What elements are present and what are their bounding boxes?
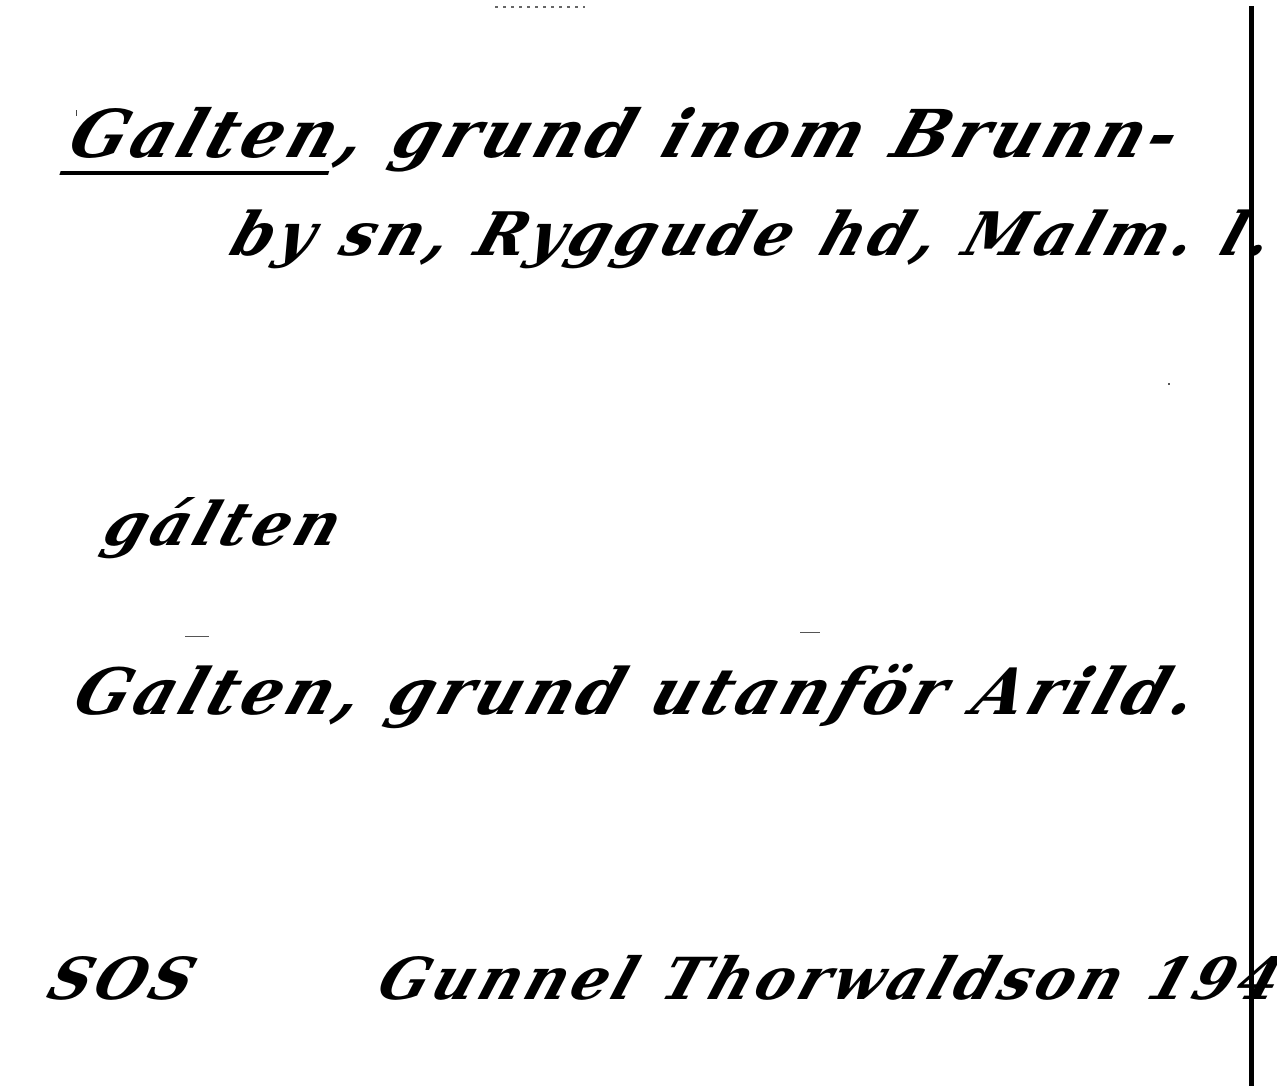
- archive-card: Galten, grund inom Brunn- by sn, Ryggude…: [0, 0, 1277, 1086]
- scan-artifact: [495, 6, 585, 8]
- scan-artifact: [76, 110, 77, 116]
- collector-signature: Gunnel Thorwaldson 1945.: [370, 945, 1277, 1013]
- reference-number: SOS: [40, 945, 208, 1013]
- entry-line-1: Galten, grund inom Brunn-: [60, 95, 1194, 173]
- scan-artifact: [185, 636, 209, 637]
- entry-line-2: by sn, Ryggude hd, Malm. l.: [222, 200, 1277, 270]
- pronunciation: gálten: [95, 490, 355, 560]
- scan-artifact: [800, 632, 820, 633]
- scan-artifact: [1168, 383, 1170, 385]
- card-edge-border: [1249, 6, 1254, 1086]
- entry-2: Galten, grund utanför Arild.: [65, 655, 1211, 730]
- entry-description-1: , grund inom Brunn-: [329, 95, 1194, 173]
- entry-headword: Galten: [60, 95, 354, 173]
